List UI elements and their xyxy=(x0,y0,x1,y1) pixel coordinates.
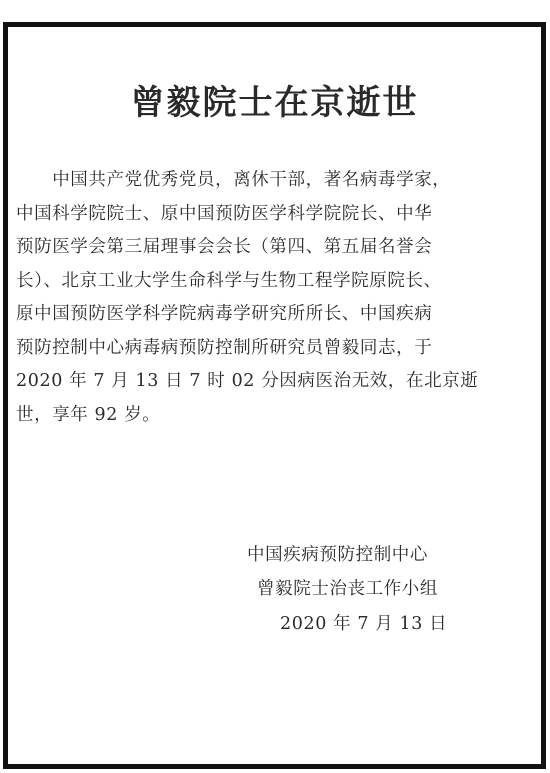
document-title: 曾毅院士在京逝世 xyxy=(8,75,541,124)
body-line: 世，享年 92 岁。 xyxy=(16,399,496,433)
document-border-frame: 曾毅院士在京逝世 中国共产党优秀党员，离休干部，著名病毒学家， 中国科学院院士、… xyxy=(3,22,546,769)
obituary-body: 中国共产党优秀党员，离休干部，著名病毒学家， 中国科学院院士、原中国预防医学科学… xyxy=(16,164,496,432)
body-line: 中国科学院院士、原中国预防医学科学院院长、中华 xyxy=(16,198,496,232)
signature-date: 2020 年 7 月 13 日 xyxy=(280,610,447,635)
body-line: 原中国预防医学科学院病毒学研究所所长、中国疾病 xyxy=(16,298,496,332)
body-line: 预防医学会第三届理事会会长（第四、第五届名誉会 xyxy=(16,231,496,265)
body-line: 长）、北京工业大学生命科学与生物工程学院原院长、 xyxy=(16,265,496,299)
body-line: 中国共产党优秀党员，离休干部，著名病毒学家， xyxy=(16,164,496,198)
signature-committee: 曾毅院士治丧工作小组 xyxy=(257,575,438,600)
body-line: 预防控制中心病毒病预防控制所研究员曾毅同志，于 xyxy=(16,332,496,366)
body-line: 2020 年 7 月 13 日 7 时 02 分因病医治无效，在北京逝 xyxy=(16,365,496,399)
signature-organization: 中国疾病预防控制中心 xyxy=(247,541,428,566)
